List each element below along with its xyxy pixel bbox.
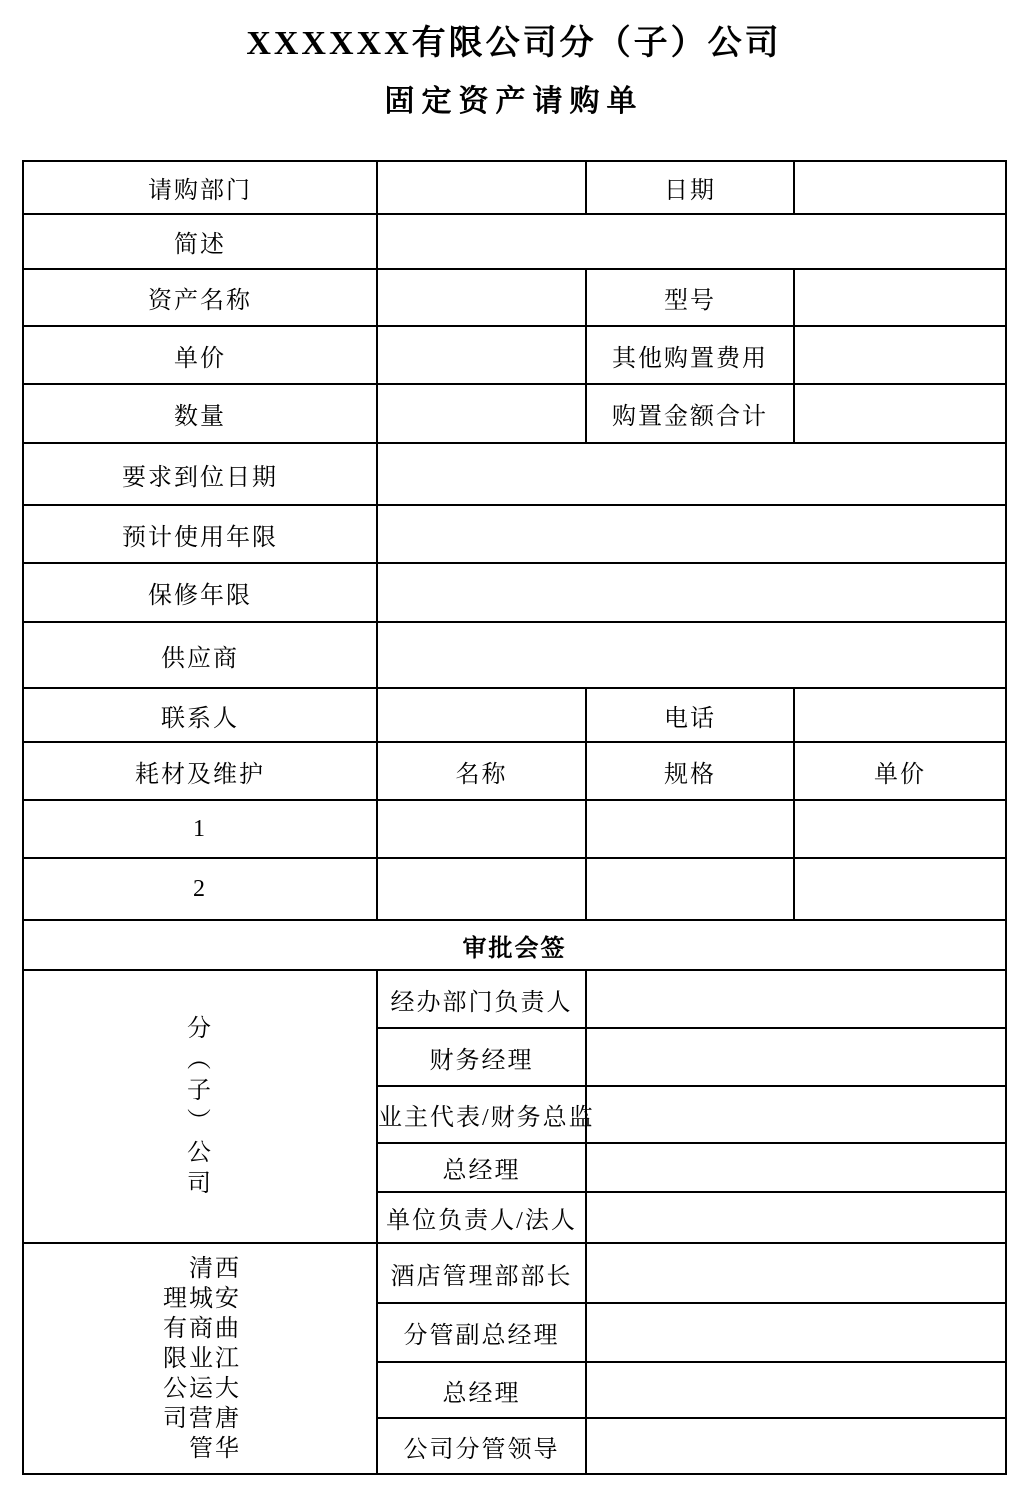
table-row: 资产名称 型号: [23, 269, 1006, 326]
label-service-life: 预计使用年限: [23, 505, 377, 563]
input-unit-price[interactable]: [377, 326, 586, 384]
header-consumable-price: 单价: [794, 742, 1006, 800]
approval-section-title: 审批会签: [23, 920, 1006, 970]
input-phone[interactable]: [794, 688, 1006, 742]
table-row: 分 ︵ 子 ︶ 公 司 经办部门负责人: [23, 970, 1006, 1028]
table-row: 2: [23, 858, 1006, 920]
label-request-department: 请购部门: [23, 161, 377, 214]
label-unit-head-legal-person: 单位负责人/法人: [377, 1192, 586, 1243]
table-row: 保修年限: [23, 563, 1006, 622]
label-deputy-general-manager: 分管副总经理: [377, 1303, 586, 1362]
asset-requisition-table: 请购部门 日期 简述 资产名称 型号 单价 其他购置费用: [22, 160, 1007, 1475]
row-number-2: 2: [23, 858, 377, 920]
header-consumables: 耗材及维护: [23, 742, 377, 800]
form-title: 固定资产请购单: [0, 80, 1028, 124]
table-row: 请购部门 日期: [23, 161, 1006, 214]
label-date: 日期: [586, 161, 794, 214]
company-title: XXXXXX有限公司分（子）公司: [0, 20, 1028, 68]
label-company-general-manager: 总经理: [377, 1362, 586, 1418]
label-model: 型号: [586, 269, 794, 326]
signature-company-general-manager[interactable]: [586, 1362, 1006, 1418]
label-required-date: 要求到位日期: [23, 443, 377, 505]
input-asset-name[interactable]: [377, 269, 586, 326]
label-phone: 电话: [586, 688, 794, 742]
branch-company-vertical-text: 分 ︵ 子 ︶ 公 司: [187, 1014, 213, 1200]
input-consumable-2-spec[interactable]: [586, 858, 794, 920]
input-service-life[interactable]: [377, 505, 1006, 563]
label-quantity: 数量: [23, 384, 377, 443]
signature-deputy-general-manager[interactable]: [586, 1303, 1006, 1362]
row-number-1: 1: [23, 800, 377, 858]
label-finance-manager: 财务经理: [377, 1028, 586, 1086]
table-row: 耗材及维护 名称 规格 单价: [23, 742, 1006, 800]
label-branch-company-vertical: 分 ︵ 子 ︶ 公 司: [23, 970, 377, 1243]
input-quantity[interactable]: [377, 384, 586, 443]
label-summary: 简述: [23, 214, 377, 269]
signature-hotel-mgmt-dept-head[interactable]: [586, 1243, 1006, 1303]
label-branch-general-manager: 总经理: [377, 1143, 586, 1192]
input-date[interactable]: [794, 161, 1006, 214]
signature-owner-rep-finance-director[interactable]: [586, 1086, 1006, 1143]
label-asset-name: 资产名称: [23, 269, 377, 326]
label-company-leader-in-charge: 公司分管领导: [377, 1418, 586, 1474]
table-row: 审批会签: [23, 920, 1006, 970]
input-consumable-2-name[interactable]: [377, 858, 586, 920]
input-model[interactable]: [794, 269, 1006, 326]
requisition-form-page: XXXXXX有限公司分（子）公司 固定资产请购单 请购部门 日期 简述 资产名称…: [0, 0, 1028, 1497]
input-total-amount[interactable]: [794, 384, 1006, 443]
label-company-name-vertical: 清西 理城安 有商曲 限业江 公运大 司营唐 管华: [23, 1243, 377, 1474]
table-row: 供应商: [23, 622, 1006, 688]
label-owner-rep-finance-director: 业主代表/财务总监: [377, 1086, 586, 1143]
header-consumable-spec: 规格: [586, 742, 794, 800]
label-contact: 联系人: [23, 688, 377, 742]
label-supplier: 供应商: [23, 622, 377, 688]
input-summary[interactable]: [377, 214, 1006, 269]
input-contact[interactable]: [377, 688, 586, 742]
table-row: 联系人 电话: [23, 688, 1006, 742]
table-row: 单价 其他购置费用: [23, 326, 1006, 384]
table-row: 1: [23, 800, 1006, 858]
input-consumable-2-price[interactable]: [794, 858, 1006, 920]
company-name-vertical-text: 清西 理城安 有商曲 限业江 公运大 司营唐 管华: [159, 1254, 241, 1464]
label-total-amount: 购置金额合计: [586, 384, 794, 443]
header-consumable-name: 名称: [377, 742, 586, 800]
signature-finance-manager[interactable]: [586, 1028, 1006, 1086]
input-warranty[interactable]: [377, 563, 1006, 622]
label-unit-price: 单价: [23, 326, 377, 384]
table-row: 预计使用年限: [23, 505, 1006, 563]
input-other-cost[interactable]: [794, 326, 1006, 384]
signature-company-leader-in-charge[interactable]: [586, 1418, 1006, 1474]
table-row: 简述: [23, 214, 1006, 269]
table-row: 要求到位日期: [23, 443, 1006, 505]
signature-unit-head-legal-person[interactable]: [586, 1192, 1006, 1243]
input-supplier[interactable]: [377, 622, 1006, 688]
label-warranty: 保修年限: [23, 563, 377, 622]
input-required-date[interactable]: [377, 443, 1006, 505]
input-consumable-1-name[interactable]: [377, 800, 586, 858]
input-consumable-1-price[interactable]: [794, 800, 1006, 858]
label-handling-dept-head: 经办部门负责人: [377, 970, 586, 1028]
signature-branch-general-manager[interactable]: [586, 1143, 1006, 1192]
table-row: 数量 购置金额合计: [23, 384, 1006, 443]
label-other-cost: 其他购置费用: [586, 326, 794, 384]
input-consumable-1-spec[interactable]: [586, 800, 794, 858]
signature-handling-dept-head[interactable]: [586, 970, 1006, 1028]
input-request-department[interactable]: [377, 161, 586, 214]
table-row: 清西 理城安 有商曲 限业江 公运大 司营唐 管华 酒店管理部部长: [23, 1243, 1006, 1303]
label-hotel-mgmt-dept-head: 酒店管理部部长: [377, 1243, 586, 1303]
